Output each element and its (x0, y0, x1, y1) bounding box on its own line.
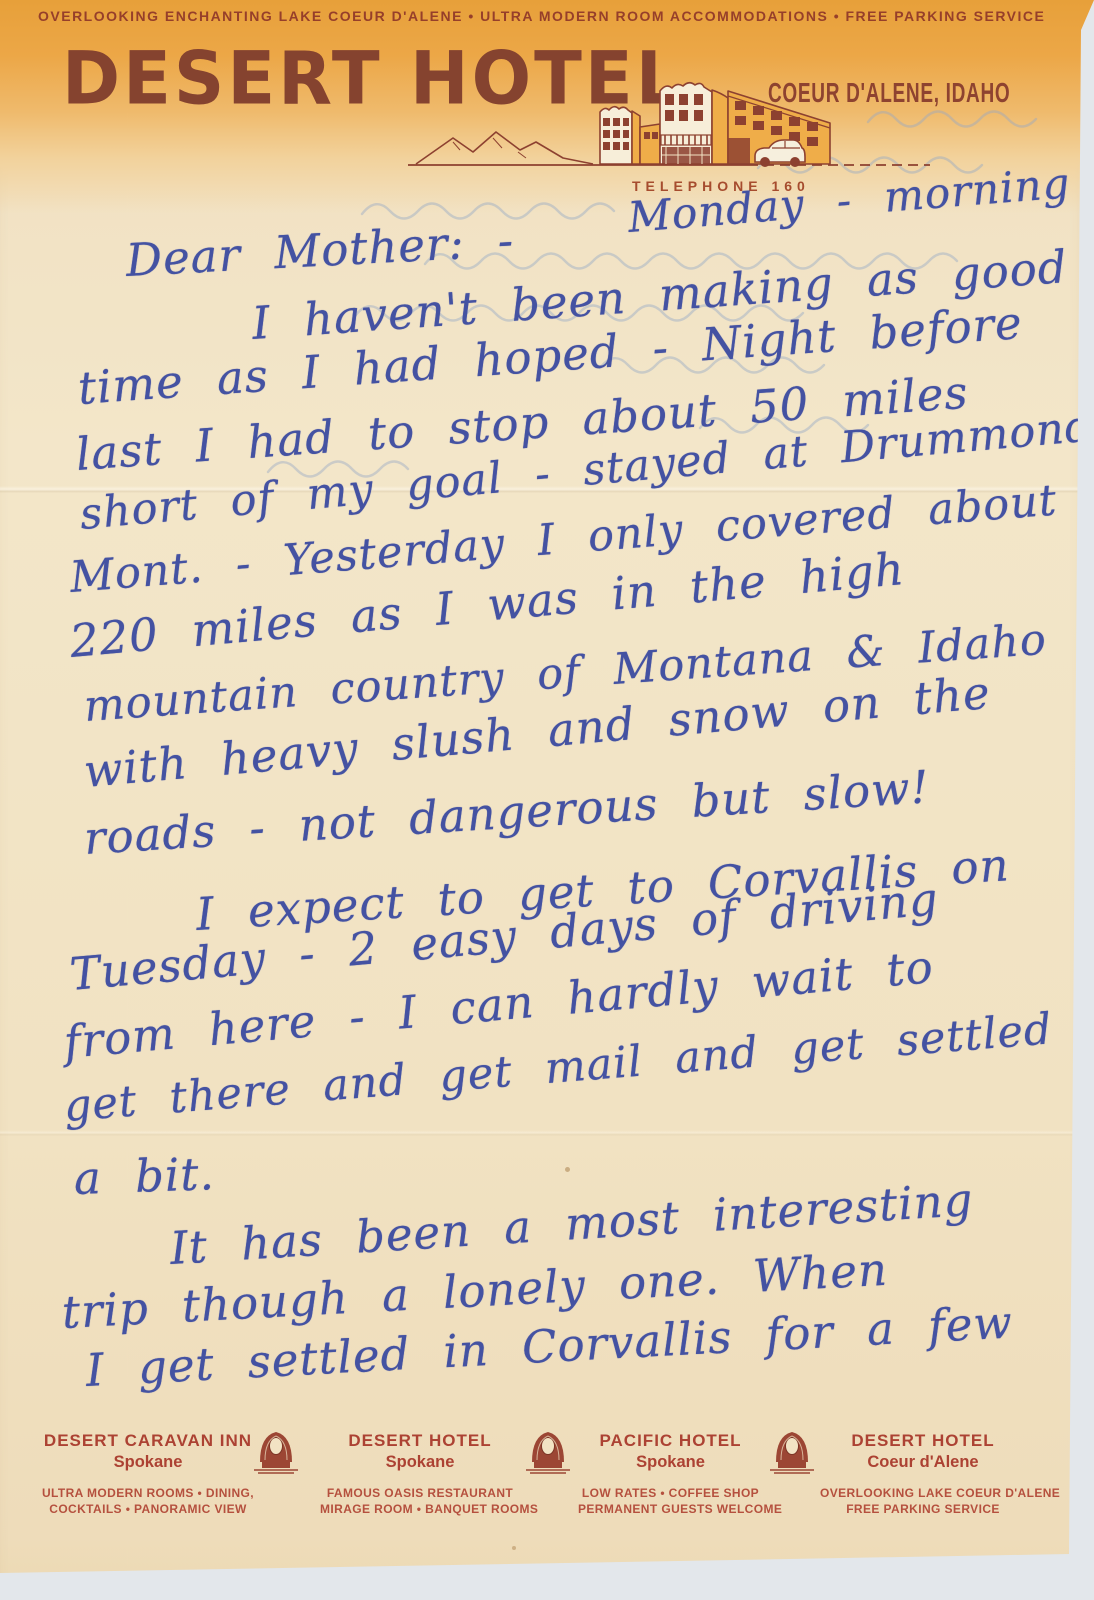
paper-fold-crease (0, 1130, 1094, 1136)
hotel-city: Spokane (578, 1453, 763, 1472)
letterhead-paper: OVERLOOKING ENCHANTING LAKE COEUR D'ALEN… (0, 0, 1094, 1600)
hotel-desc: ULTRA MODERN ROOMS • DINING, (38, 1485, 258, 1501)
hotel-name: DESERT CARAVAN INN (38, 1431, 258, 1451)
sphinx-icon (250, 1424, 302, 1476)
hotel-city: Coeur d'Alene (820, 1453, 1026, 1472)
hotel-desc: FREE PARKING SERVICE (820, 1501, 1026, 1517)
hotel-desc: FAMOUS OASIS RESTAURANT (320, 1485, 520, 1501)
hotel-desc: COCKTAILS • PANORAMIC VIEW (38, 1501, 258, 1517)
footer-hotel-desert-hotel-coeur-dalene: DESERT HOTEL Coeur d'Alene OVERLOOKING L… (820, 1431, 1026, 1517)
sphinx-icon (766, 1424, 818, 1476)
footer-hotel-pacific-hotel: PACIFIC HOTEL Spokane LOW RATES • COFFEE… (578, 1431, 763, 1517)
footer-hotel-desert-hotel-spokane: DESERT HOTEL Spokane FAMOUS OASIS RESTAU… (320, 1431, 520, 1517)
hotel-city: Spokane (38, 1453, 258, 1472)
hotel-name: PACIFIC HOTEL (578, 1431, 763, 1451)
scanned-letter: OVERLOOKING ENCHANTING LAKE COEUR D'ALEN… (0, 0, 1094, 1600)
letter-line: a bit. (73, 1147, 215, 1205)
letterhead-banner: OVERLOOKING ENCHANTING LAKE COEUR D'ALEN… (38, 8, 1058, 24)
hotel-name: DESERT HOTEL (820, 1431, 1026, 1451)
hotel-desc: LOW RATES • COFFEE SHOP (578, 1485, 763, 1501)
age-spot (565, 1167, 570, 1172)
hotel-name: DESERT HOTEL (320, 1431, 520, 1451)
hotel-desc: PERMANENT GUESTS WELCOME (578, 1501, 763, 1517)
letter-salutation: Dear Mother: - (125, 214, 516, 287)
hotel-city: Spokane (320, 1453, 520, 1472)
hotel-building-illustration (398, 78, 932, 172)
age-spot (512, 1546, 516, 1550)
footer-hotel-desert-caravan-inn: DESERT CARAVAN INN Spokane ULTRA MODERN … (38, 1431, 258, 1517)
hotel-desc: MIRAGE ROOM • BANQUET ROOMS (320, 1501, 520, 1517)
hotel-desc: OVERLOOKING LAKE COEUR D'ALENE (820, 1485, 1026, 1501)
sphinx-icon (522, 1424, 574, 1476)
